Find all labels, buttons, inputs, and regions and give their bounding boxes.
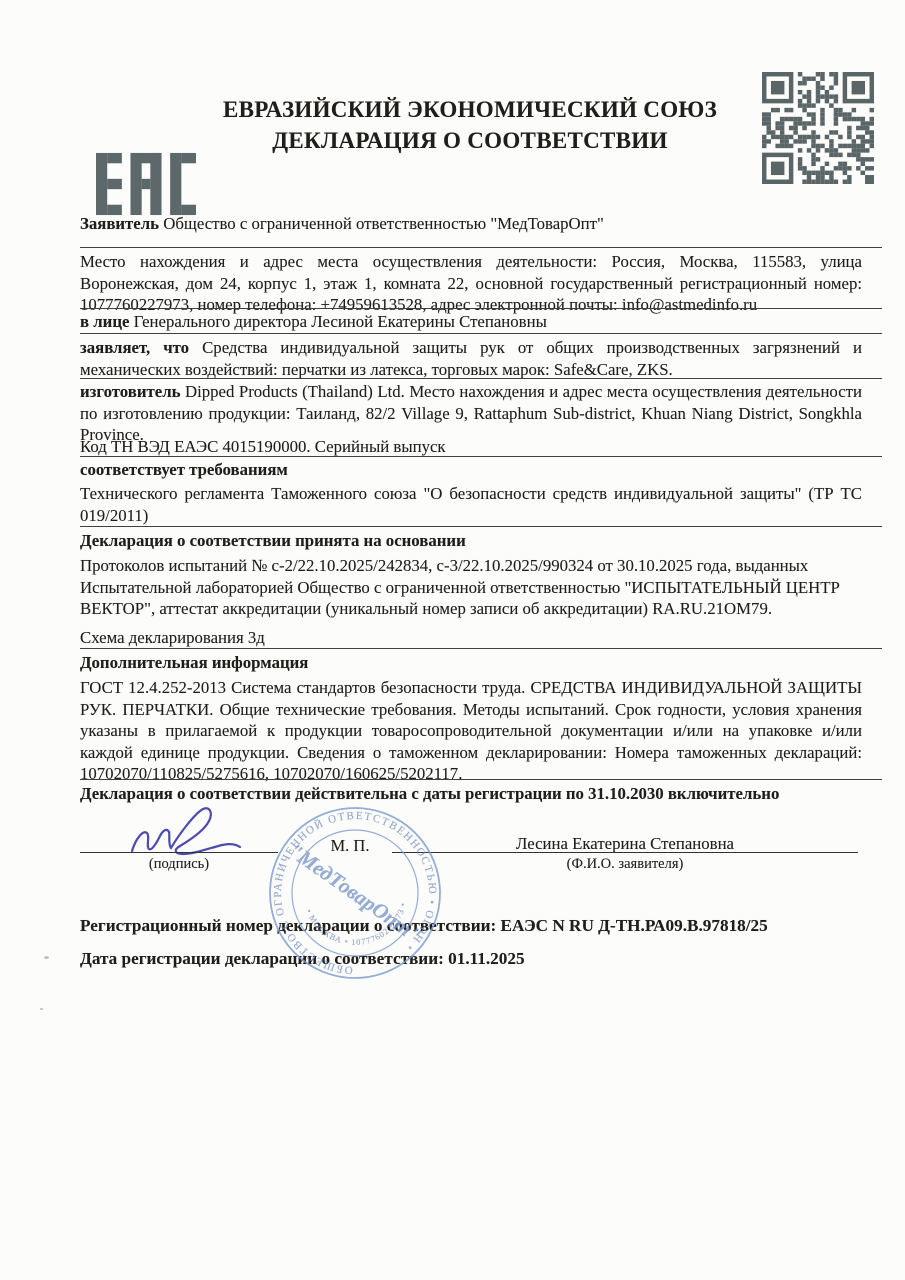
additional-heading: Дополнительная информация <box>80 652 862 674</box>
applicant-row: Заявитель Общество с ограниченной ответс… <box>80 213 862 235</box>
declares-paragraph: заявляет, что Средства индивидуальной за… <box>80 337 862 380</box>
address-paragraph: Место нахождения и адрес места осуществл… <box>80 251 862 316</box>
qr-code <box>762 72 874 184</box>
conformity-heading: соответствует требованиям <box>80 459 862 481</box>
basis-paragraph: Протоколов испытаний № с-2/22.10.2025/24… <box>80 555 862 620</box>
signer-name-caption: (Ф.И.О. заявителя) <box>392 856 858 873</box>
divider <box>80 779 882 780</box>
divider <box>80 333 882 334</box>
registration-date-value: 01.11.2025 <box>448 949 524 968</box>
represented-by-label: в лице <box>80 312 129 331</box>
represented-by-value: Генерального директора Лесиной Екатерины… <box>134 312 547 331</box>
company-stamp: ОБЩЕСТВО С ОГРАНИЧЕННОЙ ОТВЕТСТВЕННОСТЬЮ… <box>263 801 447 985</box>
scheme-row: Схема декларирования 3д <box>80 627 862 649</box>
union-title: ЕВРАЗИЙСКИЙ ЭКОНОМИЧЕСКИЙ СОЮЗ <box>80 94 860 125</box>
divider <box>80 648 882 649</box>
document-title: ЕВРАЗИЙСКИЙ ЭКОНОМИЧЕСКИЙ СОЮЗ ДЕКЛАРАЦИ… <box>80 94 860 156</box>
registration-number-row: Регистрационный номер декларации о соотв… <box>80 915 880 936</box>
scan-speck <box>44 956 49 959</box>
divider <box>80 247 882 248</box>
represented-by-row: в лице Генерального директора Лесиной Ек… <box>80 311 862 333</box>
applicant-value: Общество с ограниченной ответственностью… <box>163 214 604 233</box>
additional-paragraph: ГОСТ 12.4.252-2013 Система стандартов бе… <box>80 677 862 785</box>
registration-date-row: Дата регистрации декларации о соответств… <box>80 948 880 969</box>
signature-caption: (подпись) <box>80 856 278 873</box>
divider <box>80 378 882 379</box>
applicant-label: Заявитель <box>80 214 159 233</box>
validity-row: Декларация о соответствии действительна … <box>80 783 862 805</box>
divider <box>80 308 882 309</box>
divider <box>80 456 882 457</box>
signature-line <box>80 852 278 853</box>
registration-number-value: ЕАЭС N RU Д-ТН.РА09.В.97818/25 <box>501 916 768 935</box>
signer-name-line <box>392 852 858 853</box>
declaration-document: ЕВРАЗИЙСКИЙ ЭКОНОМИЧЕСКИЙ СОЮЗ ДЕКЛАРАЦИ… <box>0 0 905 1280</box>
manufacturer-value: Dipped Products (Thailand) Ltd. Место на… <box>80 382 862 444</box>
manufacturer-label: изготовитель <box>80 382 181 401</box>
basis-heading: Декларация о соответствии принята на осн… <box>80 530 862 552</box>
eac-mark-icon <box>96 148 196 220</box>
tn-ved-row: Код ТН ВЭД ЕАЭС 4015190000. Серийный вып… <box>80 436 862 458</box>
scan-speck <box>40 1008 43 1010</box>
doc-title: ДЕКЛАРАЦИЯ О СООТВЕТСТВИИ <box>80 125 860 156</box>
declares-value: Средства индивидуальной защиты рук от об… <box>80 338 862 379</box>
handwritten-signature <box>118 804 283 859</box>
conformity-paragraph: Технического регламента Таможенного союз… <box>80 483 862 526</box>
declares-label: заявляет, что <box>80 338 189 357</box>
divider <box>80 526 882 527</box>
